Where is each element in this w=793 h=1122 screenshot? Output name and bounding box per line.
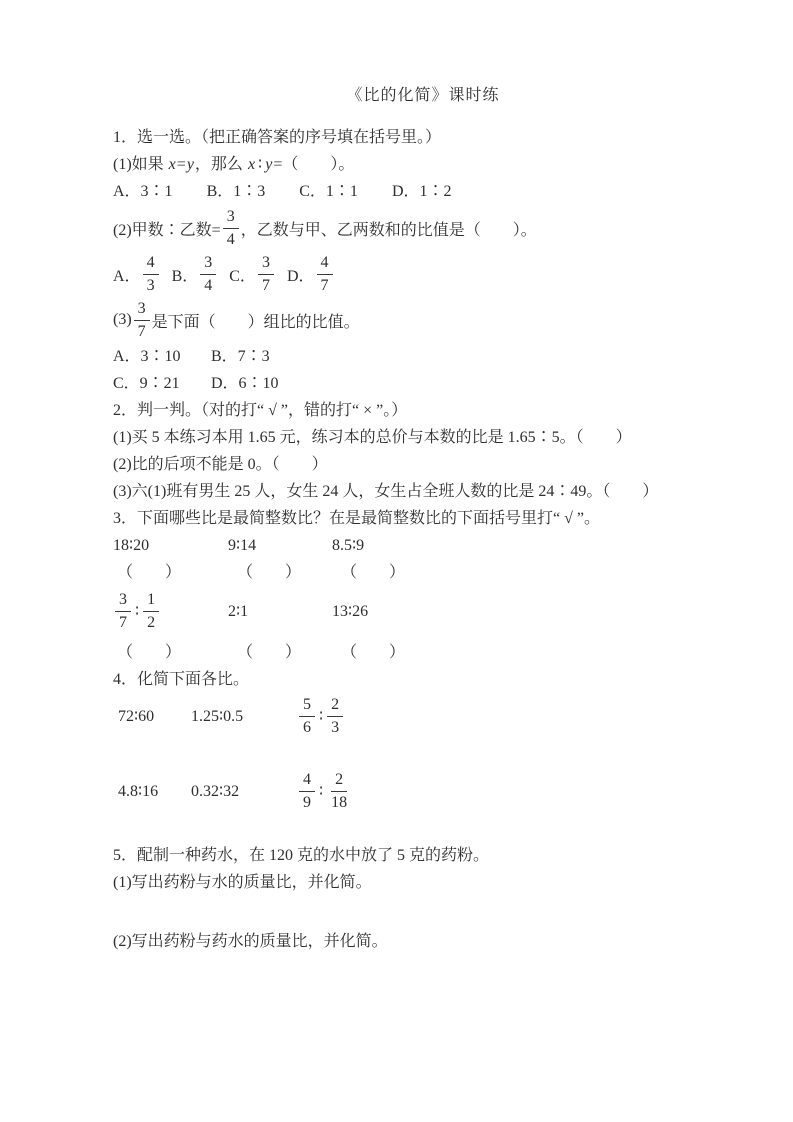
q2-header: 2．判一判。（对的打“ √ ”，错的打“ × ”。） — [113, 397, 733, 424]
option-c: C．9∶21 — [113, 370, 207, 397]
q1-header: 1．选一选。（把正确答案的序号填在括号里。） — [113, 124, 733, 151]
page-title: 《比的化简》课时练 — [113, 82, 733, 110]
option-d: D．1∶2 — [392, 178, 452, 205]
option-c: C． 3 7 — [229, 253, 276, 295]
option-label: A． — [113, 263, 141, 286]
variable-y: y — [264, 156, 273, 173]
option-label: C． — [229, 263, 256, 286]
option-a: A．3∶10 — [113, 343, 207, 370]
fraction-numerator: 3 — [223, 207, 239, 229]
fraction: 3 4 — [223, 207, 239, 249]
q2-item-2: (2)比的后项不能是 0。（ ） — [113, 451, 733, 478]
ratio-value: 18∶20 — [113, 532, 228, 559]
fraction-numerator: 3 — [134, 299, 150, 321]
equals-sign: = — [177, 156, 186, 173]
q1-item-1-text: (1)如果 — [113, 156, 168, 173]
option-a: A．3∶1 — [113, 178, 173, 205]
q3-ratio-row-1: 18∶20 9∶14 8.5∶9 — [113, 532, 733, 559]
fraction-denominator: 7 — [258, 275, 274, 295]
fraction: 3 7 — [115, 590, 131, 632]
q4-ratio-row-2: 4.8∶16 0.32∶32 4 9 ∶ 2 18 — [113, 768, 733, 814]
fraction: 5 6 — [299, 695, 315, 737]
fraction-numerator: 4 — [299, 770, 315, 792]
answer-blank: （ ） — [332, 559, 405, 586]
ratio-value: 0.32∶32 — [191, 781, 297, 801]
q1-item-3-options-row1: A．3∶10 B．7∶3 — [113, 343, 733, 370]
option-b: B．1∶3 — [207, 178, 266, 205]
option-d: D．6∶10 — [211, 375, 279, 392]
option-b: B．7∶3 — [211, 348, 270, 365]
fraction-denominator: 3 — [143, 275, 159, 295]
q2-item-3: (3)六(1)班有男生 25 人，女生 24 人，女生占全班人数的比是 24∶4… — [113, 478, 733, 505]
answer-blank: （ ） — [332, 639, 405, 666]
ratio-colon: ∶ — [256, 156, 264, 173]
fraction-numerator: 3 — [258, 253, 274, 275]
q4-ratio-row-1: 72∶60 1.25∶0.5 5 6 ∶ 2 3 — [113, 693, 733, 739]
answer-blank: （ ） — [113, 559, 228, 586]
ratio-value: 13∶26 — [332, 601, 368, 621]
q2-item-1: (1)买 5 本练习本用 1.65 元，练习本的总价与本数的比是 1.65∶5。… — [113, 424, 733, 451]
fraction: 1 2 — [143, 590, 159, 632]
fraction: 2 3 — [327, 695, 343, 737]
answer-blank: =（ ）。 — [273, 156, 354, 173]
q4-header: 4．化简下面各比。 — [113, 666, 733, 693]
fraction-numerator: 1 — [143, 590, 159, 612]
fraction-denominator: 4 — [200, 275, 216, 295]
q1-item-3-text: (3) — [113, 311, 132, 329]
answer-blank: （ ） — [113, 639, 228, 666]
fraction: 4 3 — [143, 253, 159, 295]
q1-item-1-text: ，那么 — [195, 156, 247, 173]
fraction-denominator: 6 — [299, 717, 315, 737]
answer-blank: （ ） — [228, 559, 332, 586]
fraction-numerator: 3 — [200, 253, 216, 275]
q5-header: 5．配制一种药水，在 120 克的水中放了 5 克的药粉。 — [113, 842, 733, 869]
q1-item-2: (2)甲数∶乙数= 3 4 ，乙数与甲、乙两数和的比值是（ ）。 — [113, 205, 733, 251]
ratio-colon: ∶ — [133, 601, 141, 621]
fraction-numerator: 3 — [115, 590, 131, 612]
q1-item-3: (3) 3 7 是下面（ ）组比的比值。 — [113, 297, 733, 343]
answer-blank: （ ） — [228, 639, 332, 666]
fraction-denominator: 7 — [134, 321, 150, 341]
q3-answer-blanks-row-2: （ ） （ ） （ ） — [113, 639, 733, 666]
fraction-denominator: 3 — [327, 717, 343, 737]
fraction-ratio: 3 7 ∶ 1 2 — [113, 590, 228, 632]
fraction-ratio: 5 6 ∶ 2 3 — [297, 695, 345, 737]
option-a: A． 4 3 — [113, 253, 161, 295]
q1-item-1: (1)如果 x=y，那么 x∶y=（ ）。 — [113, 151, 733, 178]
option-c: C．1∶1 — [299, 178, 358, 205]
variable-x: x — [168, 156, 177, 173]
fraction-numerator: 4 — [143, 253, 159, 275]
fraction-numerator: 2 — [327, 695, 343, 717]
q5-item-1: (1)写出药粉与水的质量比，并化简。 — [113, 869, 733, 896]
option-d: D． 4 7 — [287, 253, 335, 295]
q3-ratio-row-2: 3 7 ∶ 1 2 2∶1 13∶26 — [113, 588, 733, 634]
option-label: B． — [172, 263, 199, 286]
ratio-value: 1.25∶0.5 — [191, 706, 297, 726]
fraction: 4 9 — [299, 770, 315, 812]
ratio-colon: ∶ — [317, 706, 325, 726]
fraction-numerator: 4 — [317, 253, 333, 275]
option-label: D． — [287, 263, 315, 286]
q1-item-2-text: (2)甲数∶乙数= — [113, 217, 221, 240]
fraction-denominator: 7 — [115, 612, 131, 632]
fraction-denominator: 7 — [317, 275, 333, 295]
ratio-value: 4.8∶16 — [113, 781, 191, 801]
option-b: B． 3 4 — [172, 253, 219, 295]
q5-item-2: (2)写出药粉与药水的质量比，并化简。 — [113, 928, 733, 955]
ratio-value: 9∶14 — [228, 532, 332, 559]
ratio-value: 8.5∶9 — [332, 532, 364, 559]
variable-y: y — [186, 156, 195, 173]
fraction-denominator: 2 — [143, 612, 159, 632]
fraction-numerator: 2 — [331, 770, 347, 792]
q1-item-1-options: A．3∶1 B．1∶3 C．1∶1 D．1∶2 — [113, 178, 733, 205]
fraction: 2 18 — [327, 770, 351, 812]
fraction: 3 7 — [134, 299, 150, 341]
ratio-colon: ∶ — [317, 781, 325, 801]
q3-header: 3．下面哪些比是最简整数比？在是最简整数比的下面括号里打“ √ ”。 — [113, 505, 733, 532]
fraction-numerator: 5 — [299, 695, 315, 717]
fraction: 4 7 — [317, 253, 333, 295]
q1-item-3-text: 是下面（ ）组比的比值。 — [152, 309, 360, 332]
fraction: 3 4 — [200, 253, 216, 295]
fraction: 3 7 — [258, 253, 274, 295]
fraction-denominator: 18 — [327, 792, 351, 812]
q1-item-2-options: A． 4 3 B． 3 4 C． 3 7 D． 4 7 — [113, 251, 733, 297]
q1-item-2-text: ，乙数与甲、乙两数和的比值是（ ）。 — [241, 217, 537, 240]
fraction-denominator: 4 — [223, 229, 239, 249]
fraction-ratio: 4 9 ∶ 2 18 — [297, 770, 353, 812]
ratio-value: 2∶1 — [228, 601, 332, 621]
variable-x: x — [247, 156, 256, 173]
q3-answer-blanks-row-1: （ ） （ ） （ ） — [113, 559, 733, 586]
fraction-denominator: 9 — [299, 792, 315, 812]
ratio-value: 72∶60 — [113, 706, 191, 726]
q1-item-3-options-row2: C．9∶21 D．6∶10 — [113, 370, 733, 397]
